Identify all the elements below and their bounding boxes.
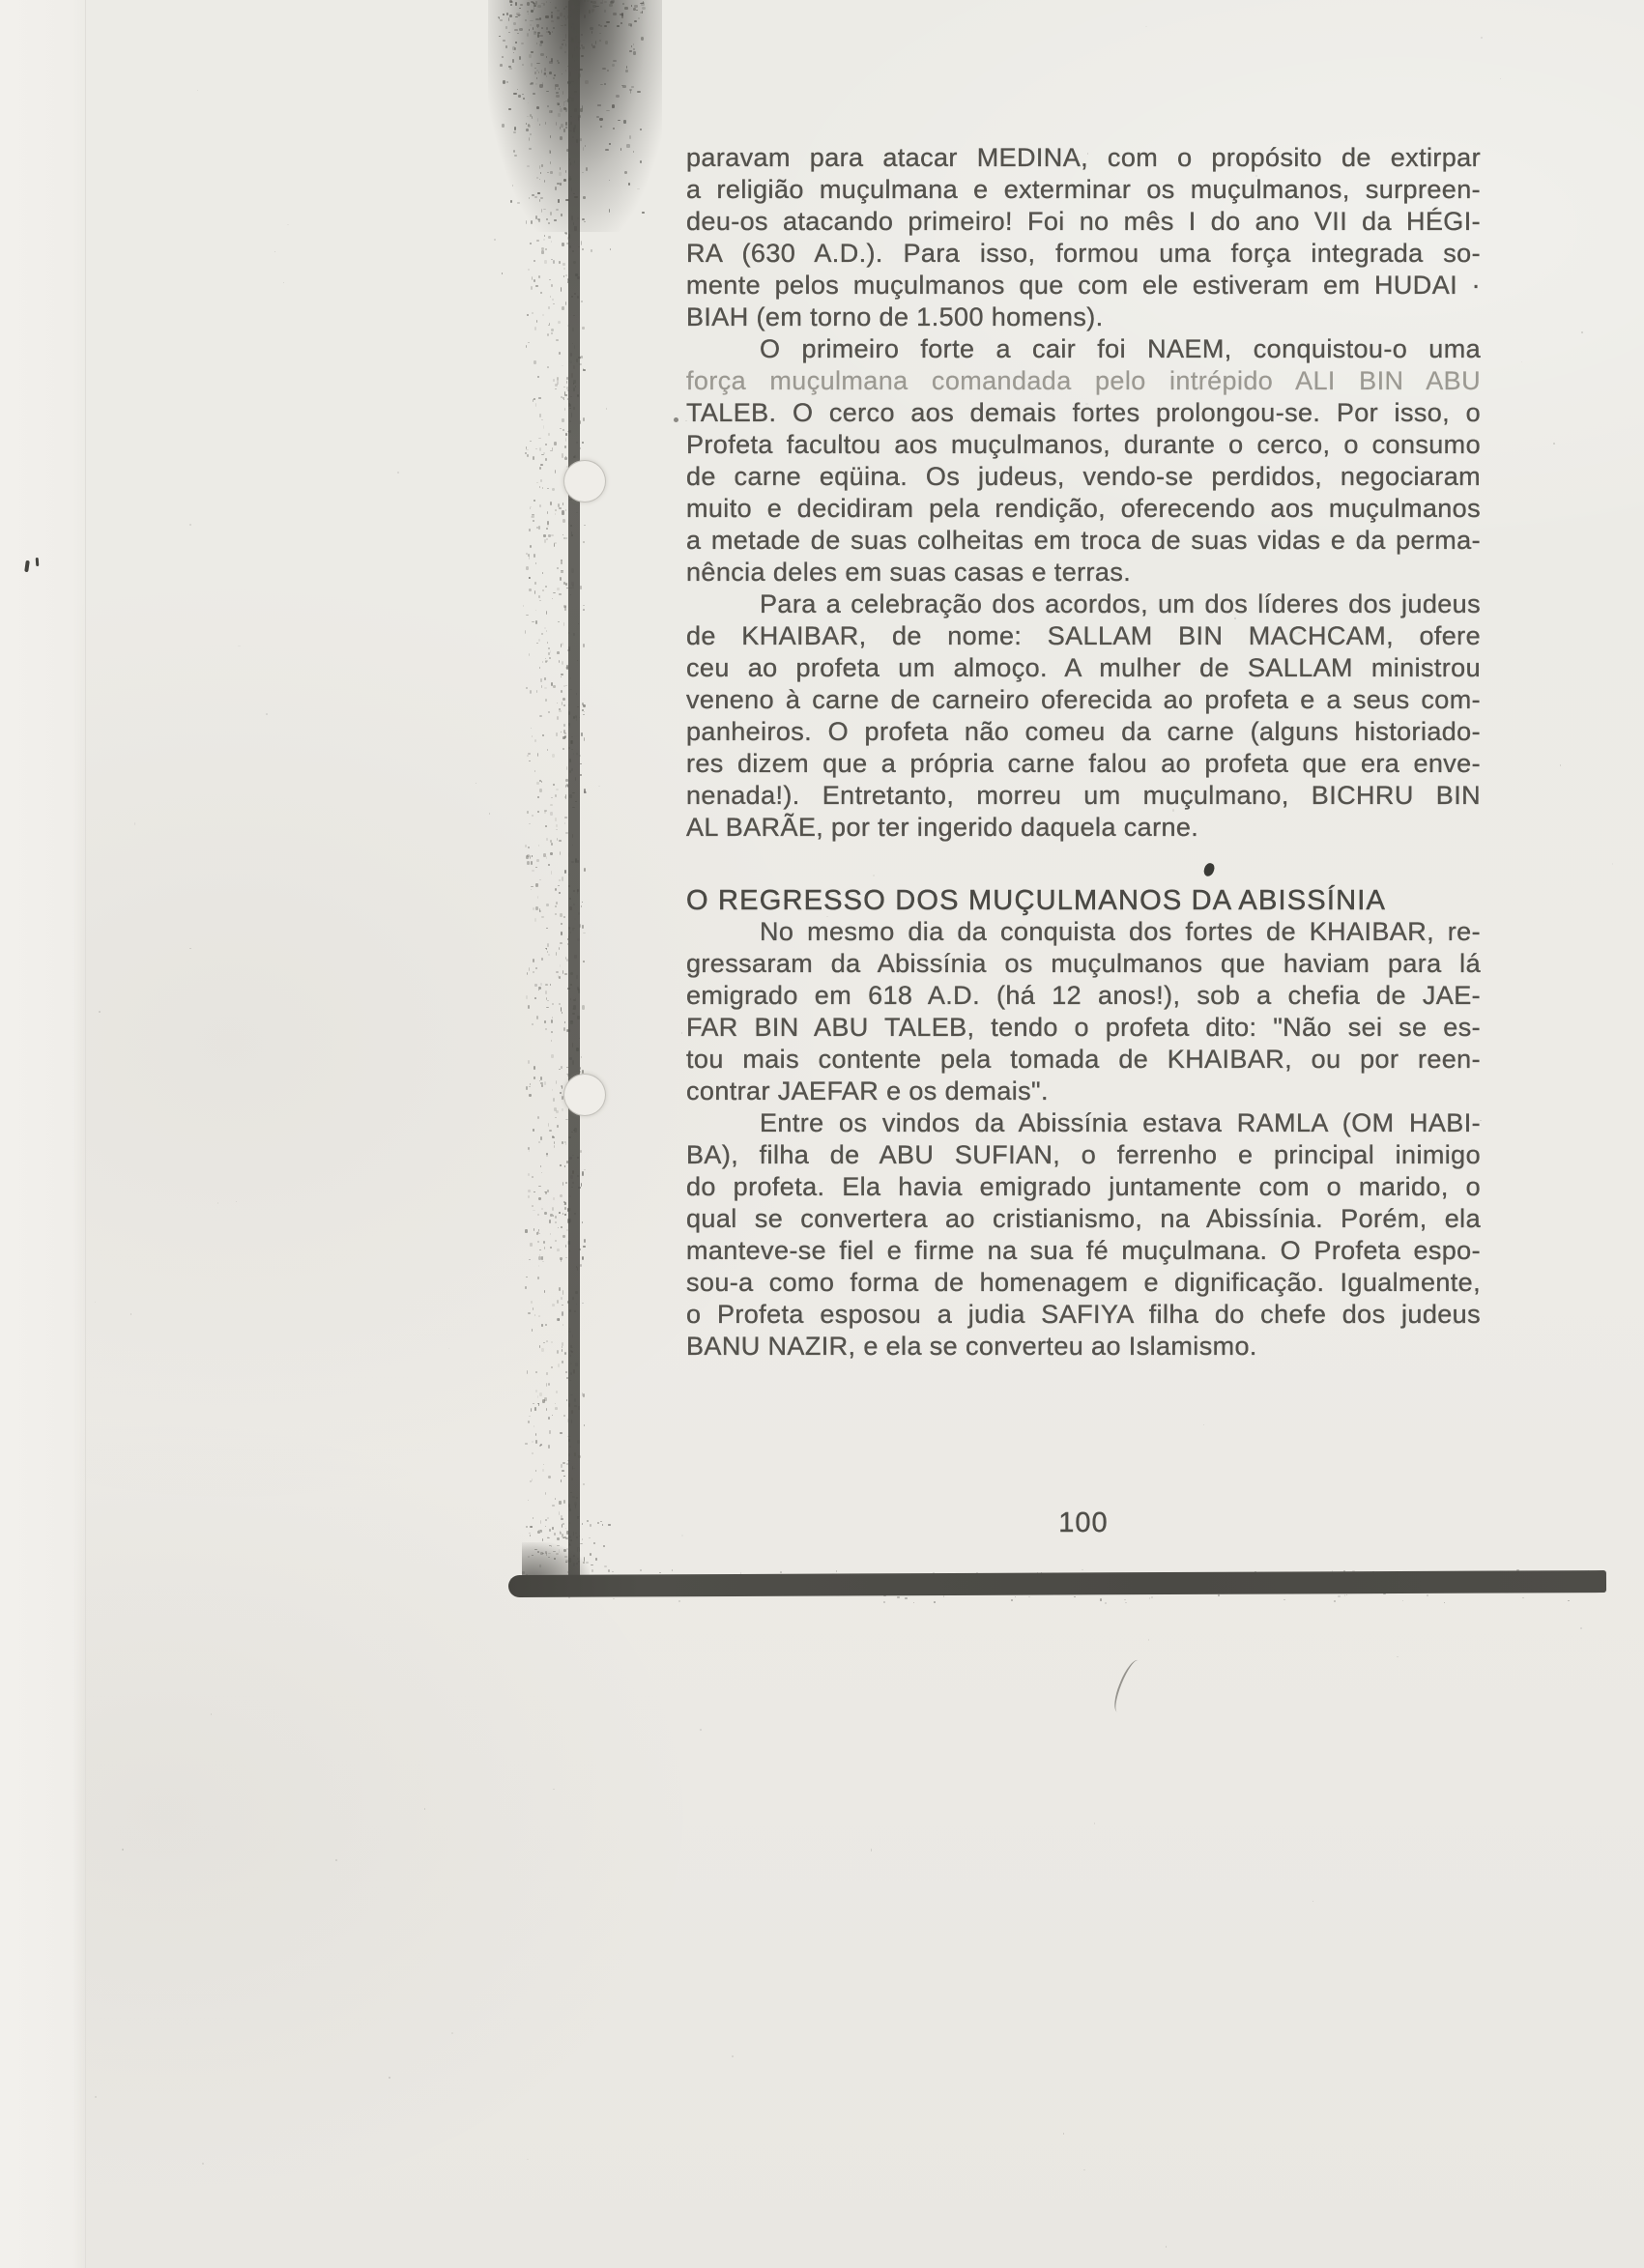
text-line: veneno à carne de carneiro oferecida ao … [686,684,1481,716]
ink-blob-artifact [1202,862,1216,877]
text-line: a religião muçulmana e exterminar os muç… [686,174,1481,206]
text-line: TALEB. O cerco aos demais fortes prolong… [686,397,1481,429]
text-line: de KHAIBAR, de nome: SALLAM BIN MACHCAM,… [686,620,1481,652]
text-line: AL BARÃE, por ter ingerido daquela carne… [686,812,1481,844]
scanned-page: O REGRESSO DOS MUÇULMANOS DA ABISSÍNIA 1… [0,0,1644,2268]
text-line: BIAH (em torno de 1.500 homens). [686,301,1481,333]
text-line: BA), filha de ABU SUFIAN, o ferrenho e p… [686,1139,1481,1171]
text-line: contrar JAEFAR e os demais". [686,1076,1481,1107]
text-line: gressaram da Abissínia os muçulmanos que… [686,948,1481,980]
book-spine-shadow [568,0,580,1583]
text-line: sou-a como forma de homenagem e dignific… [686,1267,1481,1299]
text-line: a metade de suas colheitas em troca de s… [686,525,1481,557]
text-line: paravam para atacar MEDINA, com o propós… [686,142,1481,174]
punch-hole-bottom [563,1074,606,1116]
text-line: O primeiro forte a cair foi NAEM, conqui… [686,333,1481,365]
text-line: res dizem que a própria carne falou ao p… [686,748,1481,780]
stray-dot-artifact [674,417,678,422]
text-line: emigrado em 618 A.D. (há 12 anos!), sob … [686,980,1481,1012]
text-line: de carne eqüina. Os judeus, vendo-se per… [686,461,1481,493]
text-line: muito e decidiram pela rendição, oferece… [686,493,1481,525]
hair-scratch-artifact [1110,1657,1146,1716]
punch-hole-top [563,460,606,502]
text-line: Entre os vindos da Abissínia estava RAML… [686,1107,1481,1139]
page-number: 100 [686,1507,1481,1539]
text-line: RA (630 A.D.). Para isso, formou uma for… [686,238,1481,270]
page-left-margin-strip [0,0,86,2268]
text-line: FAR BIN ABU TALEB, tendo o profeta dito:… [686,1012,1481,1044]
text-line: Para a celebração dos acordos, um dos lí… [686,589,1481,620]
text-line: panheiros. O profeta não comeu da carne … [686,716,1481,748]
text-line: mente pelos muçulmanos que com ele estiv… [686,270,1481,301]
text-line: força muçulmana comandada pelo intrépido… [686,365,1481,397]
text-line: o Profeta esposou a judia SAFIYA filha d… [686,1299,1481,1331]
text-line: ceu ao profeta um almoço. A mulher de SA… [686,652,1481,684]
text-line: BANU NAZIR, e ela se converteu ao Islami… [686,1331,1481,1363]
text-line: do profeta. Ela havia emigrado juntament… [686,1171,1481,1203]
margin-mark-artifact [36,558,40,566]
text-line: No mesmo dia da conquista dos fortes de … [686,916,1481,948]
text-line: nência deles em suas casas e terras. [686,557,1481,589]
text-line: qual se convertera ao cristianismo, na A… [686,1203,1481,1235]
section-heading: O REGRESSO DOS MUÇULMANOS DA ABISSÍNIA [686,884,1481,917]
text-line: Profeta facultou aos muçulmanos, durante… [686,429,1481,461]
text-line: manteve-se fiel e firme na sua fé muçulm… [686,1235,1481,1267]
text-line: tou mais contente pela tomada de KHAIBAR… [686,1044,1481,1076]
text-line: nenada!). Entretanto, morreu um muçulman… [686,780,1481,812]
text-line: deu-os atacando primeiro! Foi no mês I d… [686,206,1481,238]
page-edge-shadow-bar [508,1570,1606,1597]
